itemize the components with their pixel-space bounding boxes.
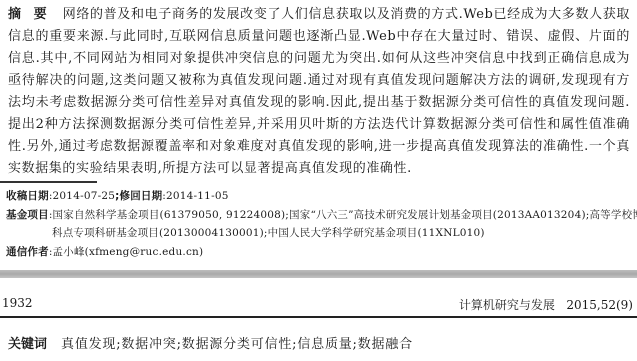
fund-text-2: 科点专项科研基金项目(20130004130001);中国人民大学科学研究基金项…: [52, 227, 485, 239]
page-header: 1932 计算机研究与发展 2015,52(9): [0, 296, 637, 318]
fund-text-1: :国家自然科学基金项目(61379050, 91224008);国家“八六三”高…: [49, 209, 637, 221]
page-number: 1932: [2, 296, 33, 310]
keywords-label: 关键词: [8, 337, 47, 352]
page-break-band: [0, 270, 637, 278]
fund-line-1: 基金项目:国家自然科学基金项目(61379050, 91224008);国家“八…: [6, 206, 637, 224]
author-label: 通信作者: [6, 246, 49, 258]
abstract-text: 网络的普及和电子商务的发展改变了人们信息获取以及消费的方式.Web已经成为大多数…: [8, 7, 630, 176]
received-dates: 收稿日期:2014-07-25;修回日期:2014-11-05: [6, 187, 229, 205]
fund-line-2: 科点专项科研基金项目(20130004130001);中国人民大学科学研究基金项…: [6, 224, 485, 242]
journal-info: 计算机研究与发展 2015,52(9): [459, 296, 633, 313]
revised-date: :2014-11-05: [162, 190, 228, 202]
revised-label: ;修回日期: [115, 190, 162, 202]
abstract-block: 摘 要网络的普及和电子商务的发展改变了人们信息获取以及消费的方式.Web已经成为…: [8, 4, 630, 180]
keywords-text: 真值发现;数据冲突;数据源分类可信性;信息质量;数据融合: [61, 337, 413, 352]
received-date: :2014-07-25: [49, 190, 115, 202]
keywords-line: 关键词真值发现;数据冲突;数据源分类可信性;信息质量;数据融合: [8, 333, 413, 352]
footnote-divider: [0, 181, 97, 183]
abstract-label: 摘 要: [8, 7, 51, 22]
fund-label: 基金项目: [6, 209, 49, 221]
corresponding-author: 通信作者:孟小峰(xfmeng@ruc.edu.cn): [6, 243, 203, 261]
author-value: :孟小峰(xfmeng@ruc.edu.cn): [49, 246, 203, 258]
received-label: 收稿日期: [6, 190, 49, 202]
